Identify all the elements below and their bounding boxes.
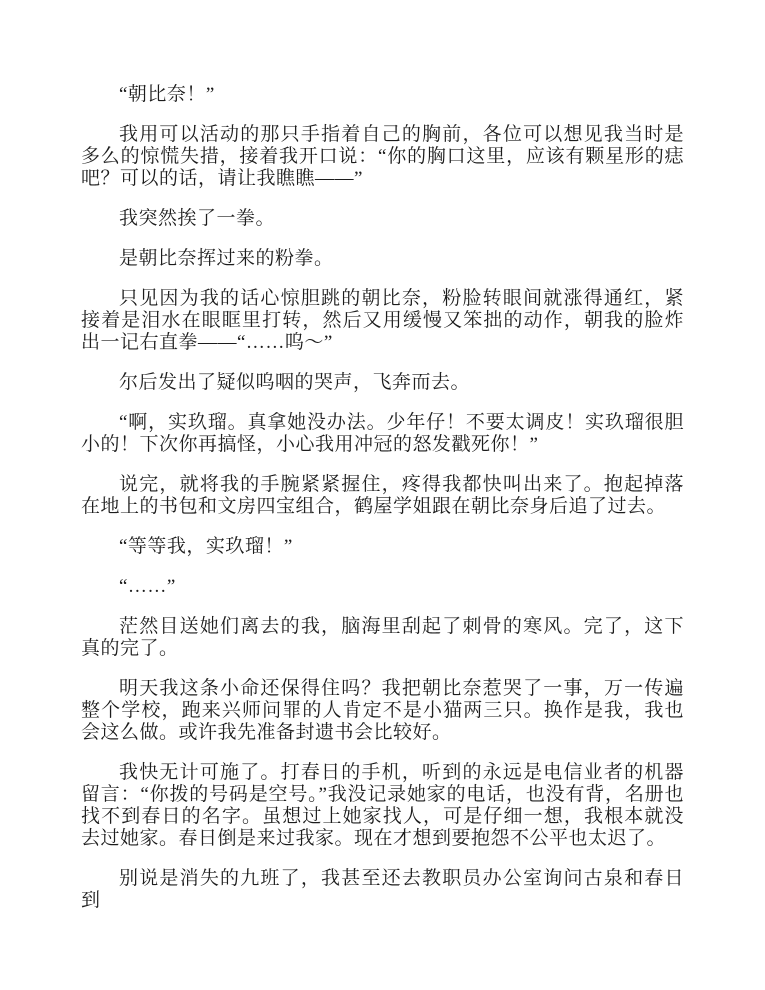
paragraph: 尔后发出了疑似呜咽的哭声，飞奔而去。 — [81, 372, 684, 394]
document-page: “朝比奈！” 我用可以活动的那只手指着自己的胸前，各位可以想见我当时是多么的惊慌… — [0, 0, 765, 990]
paragraph: “等等我，实玖瑠！” — [81, 536, 684, 558]
paragraph: 我快无计可施了。打春日的手机，听到的永远是电信业者的机器留言：“你拨的号码是空号… — [81, 762, 684, 850]
paragraph: 明天我这条小命还保得住吗？我把朝比奈惹哭了一事，万一传遍整个学校，跑来兴师问罪的… — [81, 678, 684, 744]
paragraph: 说完，就将我的手腕紧紧握住，疼得我都快叫出来了。抱起掉落在地上的书包和文房四宝组… — [81, 474, 684, 518]
paragraph: 我用可以活动的那只手指着自己的胸前，各位可以想见我当时是多么的惊慌失措，接着我开… — [81, 124, 684, 190]
paragraph: 别说是消失的九班了，我甚至还去教职员办公室询问古泉和春日到 — [81, 868, 684, 912]
paragraph: 茫然目送她们离去的我，脑海里刮起了刺骨的寒风。完了，这下真的完了。 — [81, 616, 684, 660]
text-block: “朝比奈！” 我用可以活动的那只手指着自己的胸前，各位可以想见我当时是多么的惊慌… — [81, 84, 684, 930]
paragraph: 是朝比奈挥过来的粉拳。 — [81, 248, 684, 270]
paragraph: “……” — [81, 576, 684, 598]
paragraph: “啊，实玖瑠。真拿她没办法。少年仔！不要太调皮！实玖瑠很胆小的！下次你再搞怪，小… — [81, 412, 684, 456]
paragraph: 只见因为我的话心惊胆跳的朝比奈，粉脸转眼间就涨得通红，紧接着是泪水在眼眶里打转，… — [81, 288, 684, 354]
paragraph: “朝比奈！” — [81, 84, 684, 106]
paragraph: 我突然挨了一拳。 — [81, 208, 684, 230]
